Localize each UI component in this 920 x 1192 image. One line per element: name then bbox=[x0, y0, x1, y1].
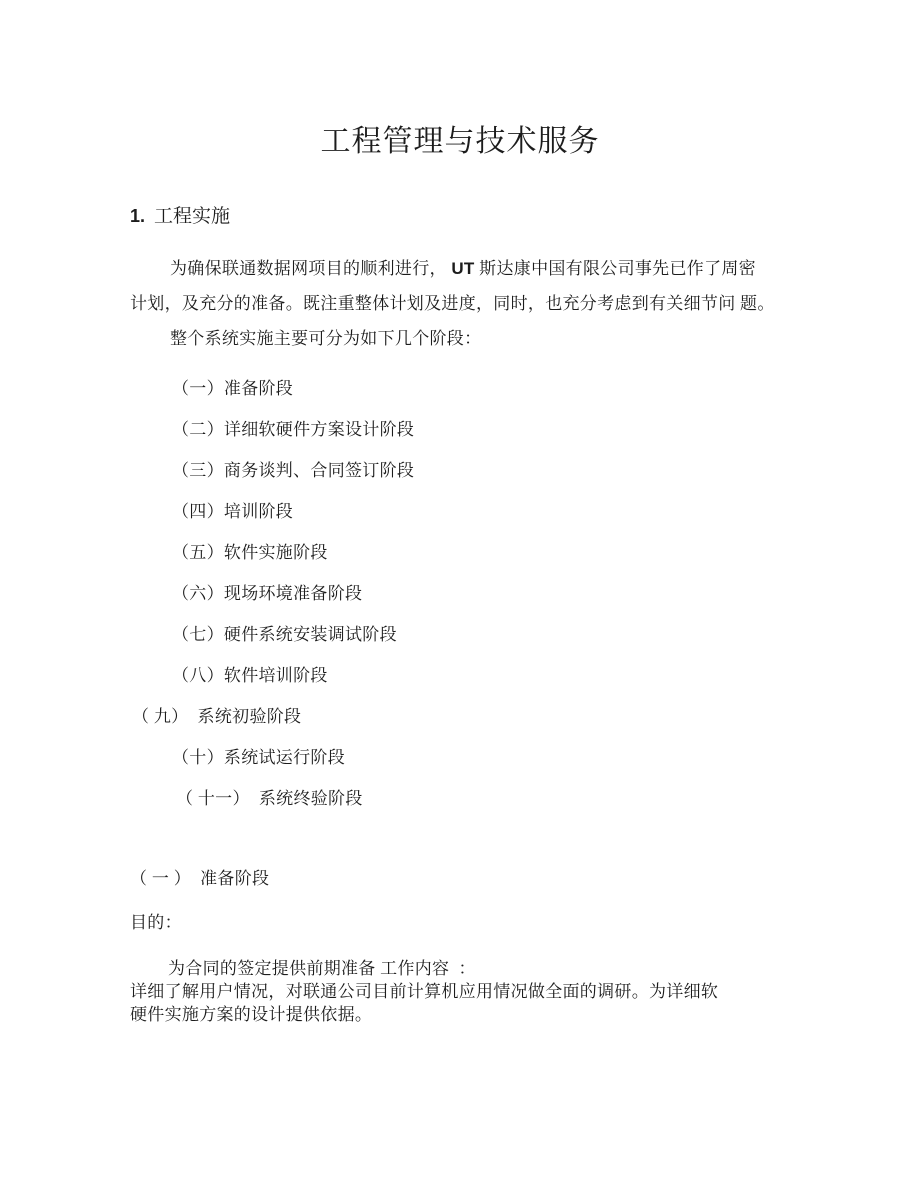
section-one-body-line-3: 硬件实施方案的设计提供依据。 bbox=[130, 1003, 790, 1026]
stage-list-item-7: （七）硬件系统安装调试阶段 bbox=[172, 614, 790, 655]
intro-paragraph-pre: 为确保联通数据网项目的顺利进行， bbox=[170, 259, 451, 278]
stage-list-item-6: （六）现场环境准备阶段 bbox=[172, 573, 790, 614]
chapter-heading-text: 工程实施 bbox=[154, 206, 230, 227]
stage-list-item-1: （一）准备阶段 bbox=[172, 368, 790, 409]
stage-list-item-11: （ 十一） 系统终验阶段 bbox=[176, 778, 790, 819]
stage-list-item-9: （ 九） 系统初验阶段 bbox=[132, 696, 790, 737]
section-one-body-line-1: 为合同的签定提供前期准备 工作内容 ： bbox=[130, 957, 790, 980]
stages-intro-paragraph: 整个系统实施主要可分为如下几个阶段： bbox=[130, 321, 790, 356]
chapter-heading: 1.工程实施 bbox=[130, 204, 790, 229]
stage-list-item-10: （十）系统试运行阶段 bbox=[172, 737, 790, 778]
purpose-label: 目的： bbox=[130, 911, 790, 935]
stage-list-item-4: （四）培训阶段 bbox=[172, 491, 790, 532]
stage-list-item-8: （八）软件培训阶段 bbox=[172, 655, 790, 696]
stage-list-item-2: （二）详细软硬件方案设计阶段 bbox=[172, 409, 790, 450]
brand-name-text: UT bbox=[451, 259, 474, 278]
stage-list-item-3: （三）商务谈判、合同签订阶段 bbox=[172, 450, 790, 491]
section-one-heading: （ 一 ） 准备阶段 bbox=[130, 867, 790, 891]
stage-list: （一）准备阶段 （二）详细软硬件方案设计阶段 （三）商务谈判、合同签订阶段 （四… bbox=[130, 368, 790, 819]
document-page: 工程管理与技术服务 1.工程实施 为确保联通数据网项目的顺利进行， UT 斯达康… bbox=[0, 0, 920, 1192]
stage-list-item-5: （五）软件实施阶段 bbox=[172, 532, 790, 573]
intro-paragraph: 为确保联通数据网项目的顺利进行， UT 斯达康中国有限公司事先已作了周密 计划，… bbox=[130, 251, 790, 321]
document-title: 工程管理与技术服务 bbox=[130, 124, 790, 160]
section-one-body: 为合同的签定提供前期准备 工作内容 ： 详细了解用户情况，对联通公司目前计算机应… bbox=[130, 957, 790, 1026]
document-content: 工程管理与技术服务 1.工程实施 为确保联通数据网项目的顺利进行， UT 斯达康… bbox=[0, 0, 920, 1026]
chapter-heading-number: 1. bbox=[130, 206, 145, 226]
section-one-body-line-2: 详细了解用户情况，对联通公司目前计算机应用情况做全面的调研。为详细软 bbox=[130, 980, 790, 1003]
